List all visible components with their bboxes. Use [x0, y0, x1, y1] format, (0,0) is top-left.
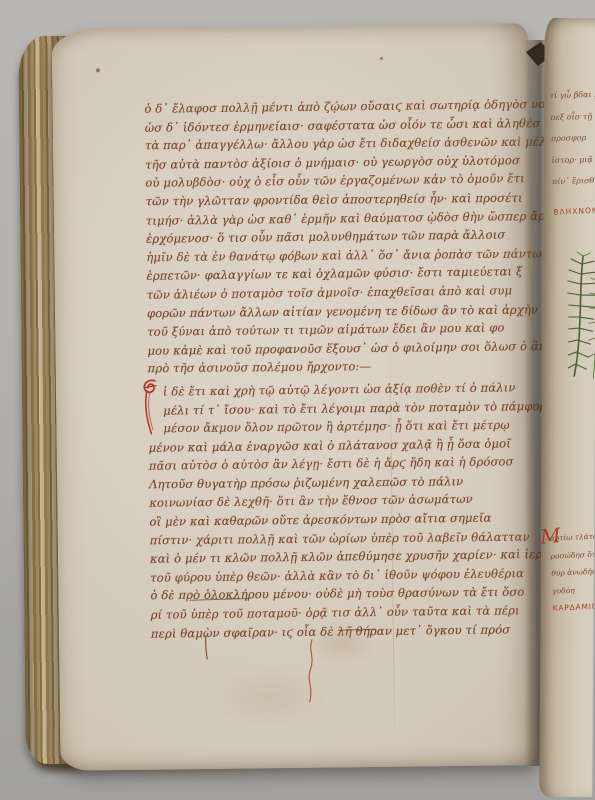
- text-line: γυδόη: [552, 579, 595, 600]
- text-line: πίν᾽ ἔρισθ: [552, 169, 595, 193]
- text-line: ἱστορ· μιᾷ: [551, 148, 595, 172]
- text-line: θυρ ἀνωδήσω: [551, 561, 595, 582]
- chapter-heading-rubric: ΒΛΗΧΝΟΝ: [553, 205, 595, 217]
- right-page-bottom-fragments: αρτίω τλάταροσώδησ ὅτιθυρ ἀνωδήσωγυδόη: [549, 527, 595, 600]
- fern-illustration-icon: [552, 250, 595, 382]
- text-line: ἡμῖν δὲ τὰ ἐν θανάτῳ φόβων καὶ ἀλλ᾽ ὅσ᾽ …: [146, 244, 524, 266]
- text-line: τὰ παρ᾽ ἀπαγγέλλω· ἄλλου γὰρ ὡσ ἔτι διδα…: [145, 133, 523, 155]
- left-page-parchment: ὁ δ᾽ ἔλαφοσ πολλῇ μέντι ἀπὸ ζῴων οὔσαιϛ …: [51, 23, 537, 771]
- bottom-rubric-word: ΚΑΡΔΑΜΙΝ: [552, 601, 595, 613]
- right-page-sliver: τί γὦ βδαι λπεξ οἷσ τῇπροσφορἱστορ· μιᾷπ…: [539, 18, 595, 797]
- text-line: πίστιν· χάριτι πολλῇ καὶ τῶν ὡρίων ὑπὲρ …: [150, 527, 528, 549]
- text-line: πεξ οἷσ τῇ: [550, 105, 595, 129]
- paragraph-1: ὁ δ᾽ ἔλαφοσ πολλῇ μέντι ἀπὸ ζῴων οὔσαιϛ …: [144, 95, 525, 379]
- red-initial-epsilon-icon: [140, 378, 161, 438]
- parchment-speck: [380, 57, 383, 60]
- text-block: ὁ δ᾽ ἔλαφοσ πολλῇ μέντι ἀπὸ ζῴων οὔσαιϛ …: [144, 95, 529, 643]
- text-line: αρτίω τλάτα: [549, 527, 595, 548]
- text-line: πρὸ τῆσ ἀσινοῦσ πολέμου ἤρχοντο:—: [148, 356, 526, 378]
- parchment-speck: [96, 68, 100, 72]
- parchment-stain: [209, 666, 330, 727]
- text-line: φορῶν πάντων ἄλλων αἰτίαν γενομένη τε δί…: [147, 300, 525, 322]
- text-line: μέσον ἄκμον ὅλον πρῶτον ἢ ἀρτέμησ· ᾗ ὅτι…: [148, 416, 526, 438]
- manuscript-photo: ὁ δ᾽ ἔλαφοσ πολλῇ μέντι ἀπὸ ζῴων οὔσαιϛ …: [0, 0, 595, 800]
- descender-stroke: [201, 635, 211, 661]
- text-line: τί γὦ βδαι λ: [549, 83, 595, 107]
- right-page-text-fragments: τί γὦ βδαι λπεξ οἷσ τῇπροσφορἱστορ· μιᾷπ…: [549, 83, 595, 192]
- text-line: τῶν τὴν γλῶτταν φροντίδα θεὶσ ἀποστερηθε…: [146, 189, 524, 211]
- text-line: Λητοῦσ θυγατὴρ πρόσω ῥιζωμένη χαλεπῶσ τὸ…: [149, 472, 527, 494]
- text-line: ροσώδησ ὅτι: [550, 544, 595, 565]
- text-line: προσφορ: [551, 126, 595, 150]
- parchment-stain: [307, 621, 378, 666]
- paragraph-2: ἰ δὲ ἔτι καὶ χρὴ τῷ αὐτῷ λέγοντι ὡσ ἀξίᾳ…: [148, 378, 529, 643]
